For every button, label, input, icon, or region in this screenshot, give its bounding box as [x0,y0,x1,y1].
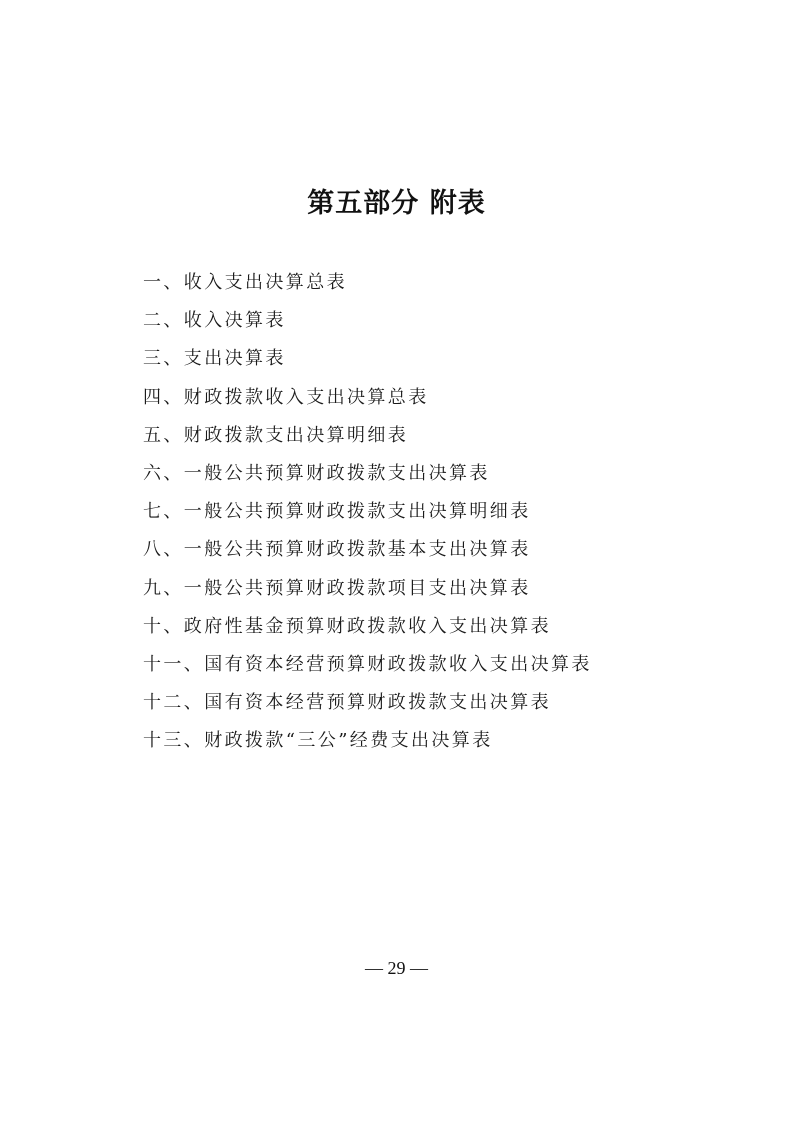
toc-item: 十一、国有资本经营预算财政拨款收入支出决算表 [143,648,592,686]
toc-item: 二、收入决算表 [143,304,592,342]
toc-item: 六、一般公共预算财政拨款支出决算表 [143,457,592,495]
toc-item: 四、财政拨款收入支出决算总表 [143,381,592,419]
toc-item: 十、政府性基金预算财政拨款收入支出决算表 [143,610,592,648]
toc-item: 一、收入支出决算总表 [143,266,592,304]
toc-item: 八、一般公共预算财政拨款基本支出决算表 [143,533,592,571]
toc-item: 七、一般公共预算财政拨款支出决算明细表 [143,495,592,533]
page-title: 第五部分 附表 [0,184,793,224]
table-of-contents: 一、收入支出决算总表 二、收入决算表 三、支出决算表 四、财政拨款收入支出决算总… [143,266,592,762]
toc-item: 十二、国有资本经营预算财政拨款支出决算表 [143,686,592,724]
toc-item: 三、支出决算表 [143,342,592,380]
toc-item: 九、一般公共预算财政拨款项目支出决算表 [143,572,592,610]
toc-item: 十三、财政拨款“三公”经费支出决算表 [143,724,592,762]
page-number: — 29 — [0,956,793,980]
toc-item: 五、财政拨款支出决算明细表 [143,419,592,457]
